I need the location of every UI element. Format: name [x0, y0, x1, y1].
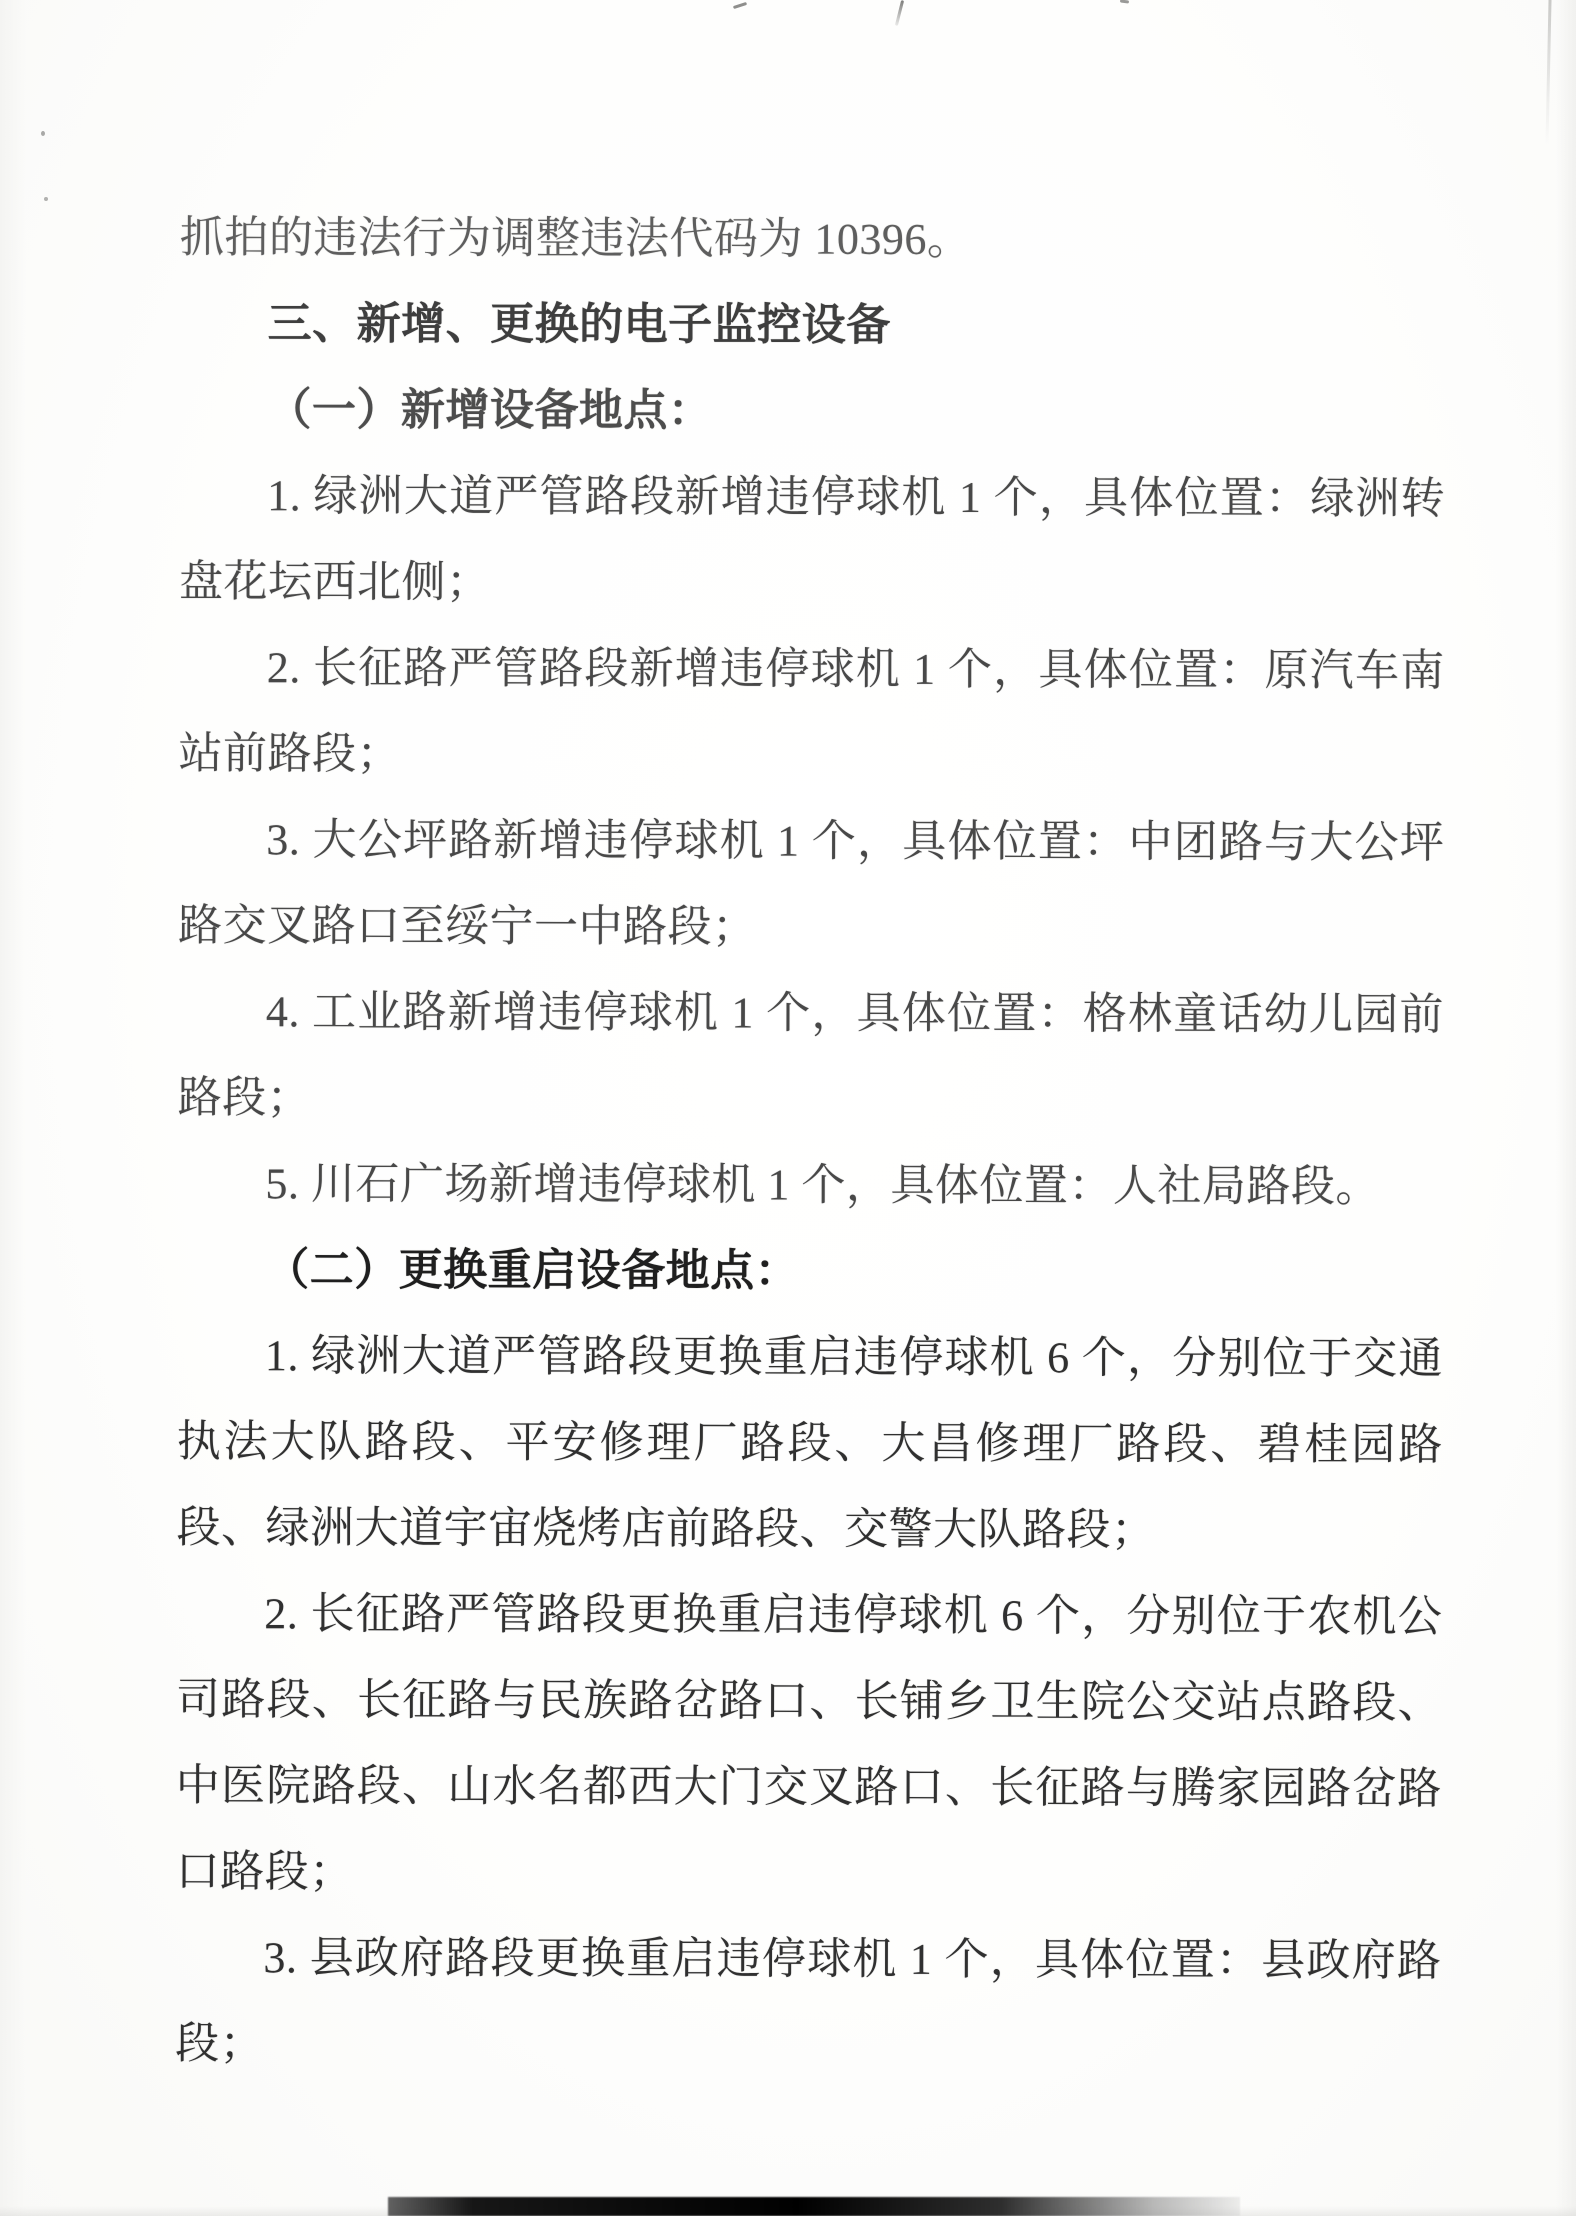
paragraph-continuation: 抓拍的违法行为调整违法代码为 10396。 — [180, 195, 1446, 284]
document-text-block: 抓拍的违法行为调整违法代码为 10396。 三、新增、更换的电子监控设备 （一）… — [175, 195, 1446, 2090]
scanned-document-page: 抓拍的违法行为调整违法代码为 10396。 三、新增、更换的电子监控设备 （一）… — [0, 0, 1576, 2216]
new-device-item-2: 2. 长征路严管路段新增违停球机 1 个，具体位置：原汽车南站前路段； — [178, 625, 1444, 800]
scan-speck — [895, 0, 904, 26]
new-device-item-4: 4. 工业路新增违停球机 1 个，具体位置：格林童话幼儿园前路段； — [178, 969, 1444, 1144]
scan-speck — [733, 2, 747, 9]
replace-device-item-3: 3. 县政府路段更换重启违停球机 1 个，具体位置：县政府路段； — [175, 1915, 1441, 2090]
scan-crease-mark — [1545, 0, 1551, 145]
replace-device-item-2: 2. 长征路严管路段更换重启违停球机 6 个，分别位于农机公司路段、长征路与民族… — [175, 1571, 1442, 1918]
scan-bottom-dark-bar — [388, 2197, 1240, 2216]
subsection-2-heading: （二）更换重启设备地点： — [177, 1227, 1443, 1316]
subsection-1-heading: （一）新增设备地点： — [179, 367, 1445, 456]
replace-device-item-1: 1. 绿洲大道严管路段更换重启违停球机 6 个，分别位于交通执法大队路段、平安修… — [176, 1313, 1443, 1574]
section-heading: 三、新增、更换的电子监控设备 — [180, 281, 1446, 370]
new-device-item-1: 1. 绿洲大道严管路段新增违停球机 1 个，具体位置：绿洲转盘花坛西北侧； — [179, 453, 1445, 628]
new-device-item-3: 3. 大公坪路新增违停球机 1 个，具体位置：中团路与大公坪路交叉路口至绥宁一中… — [178, 797, 1444, 972]
scan-edge-shadow — [0, 2206, 1576, 2216]
scan-speck — [1120, 0, 1129, 4]
new-device-item-5: 5. 川石广场新增违停球机 1 个，具体位置：人社局路段。 — [177, 1141, 1443, 1230]
scan-speck — [41, 131, 45, 136]
scan-speck — [44, 197, 48, 201]
